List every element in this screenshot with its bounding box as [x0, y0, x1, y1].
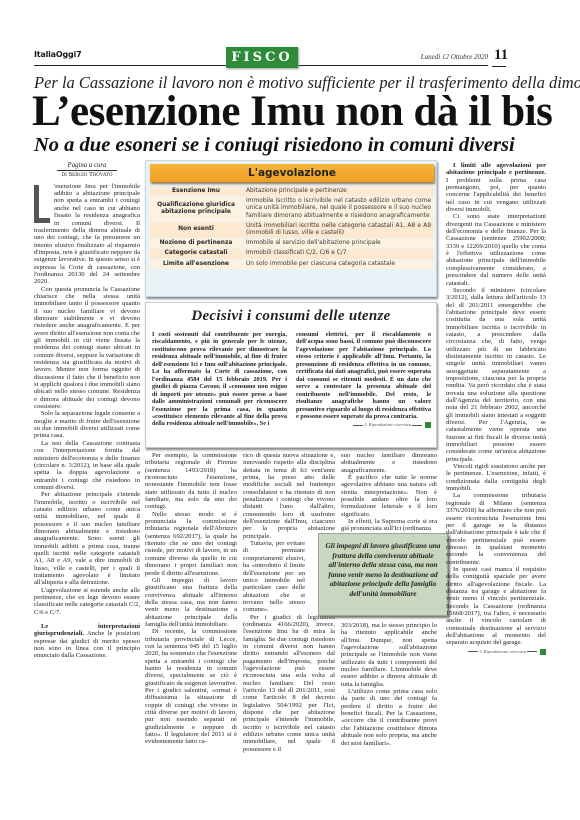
paragraph: Tuttavia, per evitare di premiare compor…	[243, 540, 305, 613]
copyright-note: © Riproduzione riservata	[296, 421, 431, 428]
newspaper-page: ItaliaOggi7 Lunedì 12 Ottobre 2020 FISCO…	[0, 0, 580, 820]
row-label: Qualificazione giuridica abitazione prin…	[150, 197, 243, 221]
paragraph: Con questa pronuncia la Cassazione chiar…	[34, 286, 140, 411]
column-2: Per esempio, la commissione tributaria r…	[145, 452, 237, 746]
column-5: I limiti alle agevolazioni per abitazion…	[446, 162, 546, 655]
byline-line1: Pagina a cura	[34, 162, 140, 170]
paragraph: In questi casi manca il requisito della …	[446, 566, 546, 647]
subheading: I limiti alle agevolazioni per abitazion…	[446, 162, 546, 176]
dash-rule	[353, 425, 363, 426]
byline-line2: di Sergio Trovato	[34, 171, 140, 179]
paragraph: I limiti alle agevolazioni per abitazion…	[446, 162, 546, 213]
row-value: Abitazione principale e pertinenze	[243, 187, 434, 196]
column-4-continued: 303/2018), ma lo stesso principio lo ha …	[341, 622, 437, 747]
row-value: Un solo immobile per ciascuna categoria …	[243, 260, 434, 269]
dash-rule	[527, 651, 537, 652]
author-name: Sergio Trovato	[68, 171, 112, 178]
box-column-right: consumi elettrici, per il riscaldamento …	[296, 331, 431, 429]
byline: Pagina a cura di Sergio Trovato	[34, 162, 140, 179]
row-label: Esenzione Imu	[150, 187, 243, 196]
paragraph: rico di questa nuova situazione e, innov…	[243, 452, 335, 540]
paragraph: L'agevolazione si estende anche alle per…	[34, 587, 140, 616]
paragraph: Per abitazione principale s'intende l'im…	[34, 491, 140, 586]
paragraph: In effetti, la Suprema corte si era già …	[341, 518, 437, 533]
row-label: Nozione di pertinenza	[150, 239, 243, 248]
paragraph: Vincoli rigidi sussistono anche per le p…	[446, 463, 546, 492]
table-row: Limite all'esenzione Un solo immobile pe…	[150, 260, 434, 270]
row-value: Unità immobiliari iscritte nelle categor…	[243, 222, 434, 238]
table-body: Esenzione Imu Abitazione principale e pe…	[150, 187, 434, 270]
row-label: Non esenti	[150, 222, 243, 238]
row-value: Immobili classificati C/2, C/6 e C/7	[243, 249, 434, 258]
paragraph: Per esempio, la commissione tributaria r…	[145, 452, 237, 511]
table-title: L'agevolazione	[150, 164, 434, 182]
sidebar-box-decisivi: Decisivi i consumi delle utenze I costi …	[145, 302, 437, 448]
agevolazione-table: L'agevolazione Esenzione Imu Abitazione …	[145, 160, 437, 297]
page-number-rule	[492, 66, 506, 67]
end-mark-icon	[425, 422, 431, 428]
brand-logo: ItaliaOggi7	[34, 50, 81, 59]
paragraph: La commissione tributaria regionale di M…	[446, 492, 546, 565]
paragraph: 303/2018), ma lo stesso principio lo ha …	[341, 622, 437, 688]
paragraph: Secondo il ministero (circolare 3/2012),…	[446, 287, 546, 463]
table-row: Esenzione Imu Abitazione principale e pe…	[150, 187, 434, 197]
table-row: Categorie catastali Immobili classificat…	[150, 249, 434, 259]
table-row: Nozione di pertinenza Immobile al serviz…	[150, 239, 434, 249]
dash-rule	[468, 651, 478, 652]
paragraph: Di recente, la commissione tributaria pr…	[145, 628, 237, 746]
paragraph: È pacifico che tutte le norme agevolativ…	[341, 474, 437, 518]
column-1: Pagina a cura di Sergio Trovato 'esenzio…	[34, 162, 140, 660]
row-value: Immobile al servizio dell'abitazione pri…	[243, 239, 434, 248]
dropcap-L-icon	[34, 185, 50, 223]
paragraph: Gli impegni di lavoro giustificano una f…	[145, 577, 237, 628]
table-row: Qualificazione giuridica abitazione prin…	[150, 197, 434, 222]
pull-quote: Gli impegni di lavoro giustificano una f…	[318, 533, 448, 616]
paragraph: Per i giudici di legittimità (ordinanza …	[243, 614, 335, 754]
end-mark-icon	[540, 649, 546, 655]
dateline: Lunedì 12 Ottobre 2020	[421, 53, 488, 61]
dash-rule	[412, 425, 422, 426]
section-tag: FISCO	[226, 47, 298, 68]
table-row: Non esenti Unità immobiliari iscritte ne…	[150, 222, 434, 239]
box-title: Decisivi i consumi delle utenze	[146, 308, 436, 325]
paragraph: Nello stesso modo si è pronunciata la co…	[145, 511, 237, 577]
paragraph: Ci sono state interpretazioni divergenti…	[446, 213, 546, 286]
column-4: suo nucleo familiare dimorano abitualmen…	[341, 452, 437, 533]
paragraph: 'esenzione Imu per l'immobile adibito a …	[34, 183, 140, 286]
row-label: Categorie catastali	[150, 249, 243, 258]
paragraph: L'utilizzo come prima casa solo da parte…	[341, 688, 437, 747]
paragraph: Solo la separazione legale consente a mo…	[34, 410, 140, 439]
page-number: 11	[494, 47, 508, 64]
row-value: Immobile iscritto o iscrivibile nel cata…	[243, 197, 434, 221]
paragraph: La tesi della Cassazione contrasta con l…	[34, 440, 140, 491]
row-label: Limite all'esenzione	[150, 260, 243, 269]
headline: L’esenzione Imu non dà il bis	[32, 90, 492, 134]
subhead: No a due esoneri se i coniugi risiedono …	[34, 134, 494, 157]
box-column-left: I costi sostenuti dal contribuente per e…	[152, 331, 287, 428]
copyright-note: © Riproduzione riservata	[446, 648, 546, 655]
paragraph: Le interpretazioni giurisprudenziali. An…	[34, 623, 140, 660]
paragraph: suo nucleo familiare dimorano abitualmen…	[341, 452, 437, 474]
